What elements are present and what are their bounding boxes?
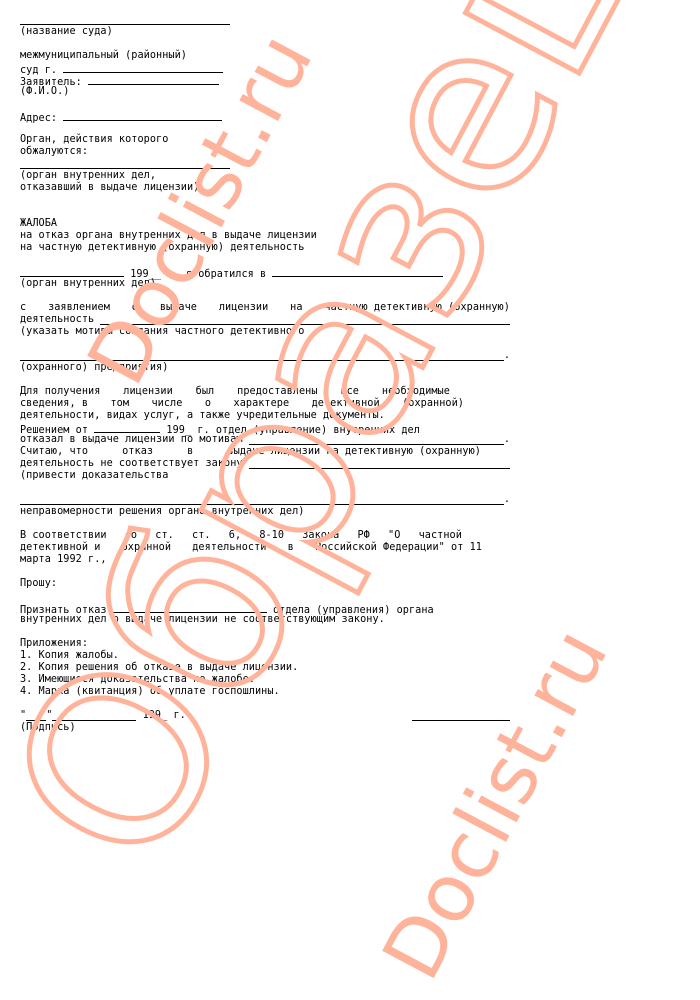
request-line-2: внутренних дел о выдаче лицензии не соот…	[20, 614, 510, 626]
respondent-label-2: обжалуются:	[20, 146, 510, 158]
law-ref-line-2: детективной иохраннойдеятельностивРоссий…	[20, 542, 482, 554]
evidence-caption: (привести доказательства	[20, 470, 510, 482]
address-field[interactable]	[63, 110, 222, 121]
court-city-field[interactable]	[63, 62, 223, 73]
info-line-3: деятельности, видах услуг, а также учред…	[20, 410, 510, 422]
application-line: сзаявлениемовыдачелицензииначастную дете…	[20, 302, 510, 314]
evidence-field-2[interactable]	[20, 494, 504, 505]
document-subtitle-2: на частную детективную (охранную) деятел…	[20, 242, 510, 254]
applicant-caption: (Ф.И.О.)	[20, 86, 510, 98]
address-label: Адрес:	[20, 113, 57, 124]
attachments-label: Приложения:	[20, 638, 510, 650]
attachment-item: 1. Копия жалобы.	[20, 650, 510, 662]
motives-field[interactable]	[100, 314, 510, 325]
info-line-2: сведения, втомчислеохарактередетективной…	[20, 398, 464, 410]
law-ref-line-3: марта 1992 г.,	[20, 554, 510, 566]
attachment-item: 3. Имеющиеся доказательства по жалобе.	[20, 674, 510, 686]
applied-caption: (орган внутренних дел)	[20, 278, 510, 290]
attachment-item: 4. Марка (квитанция) об уплате госпошлин…	[20, 686, 510, 698]
signature-day-field[interactable]	[26, 710, 46, 721]
opinion-line: Считаю, чтоотказввыдаче лицензии на дете…	[20, 446, 481, 458]
signature-field[interactable]	[412, 710, 510, 721]
applied-date-field[interactable]	[20, 266, 124, 277]
court-name-caption: (название суда)	[20, 26, 510, 38]
request-label: Прошу:	[20, 578, 510, 590]
motives-caption-end: (охранного) предприятия)	[20, 362, 510, 374]
request-organ-field[interactable]	[113, 602, 267, 613]
respondent-field[interactable]	[20, 158, 230, 169]
evidence-field[interactable]	[249, 458, 510, 469]
refusal-motives-field[interactable]	[249, 434, 504, 445]
signature-year: 199_ г.	[143, 710, 186, 722]
respondent-label-1: Орган, действия которого	[20, 134, 510, 146]
respondent-caption-1: (орган внутренних дел,	[20, 170, 510, 182]
complaint-document: (название суда) межмуниципальный (районн…	[20, 14, 510, 734]
document-subtitle-1: на отказ органа внутренних дел в выдаче …	[20, 230, 510, 242]
motives-caption: (указать мотивы создания частного детект…	[20, 326, 510, 338]
applicant-field[interactable]	[88, 74, 219, 85]
signature-caption: (Подпись)	[20, 722, 510, 734]
attachment-item: 2. Копия решения об отказе в выдаче лице…	[20, 662, 510, 674]
law-ref-line-1: В соответствиисост.ст.6,8-10ЗаконаРФ"Оча…	[20, 530, 462, 542]
court-type: межмуниципальный (районный)	[20, 50, 510, 62]
evidence-caption-end: неправомерности решения органа внутренни…	[20, 506, 510, 518]
refusal-text: отказал в выдаче лицензии по мотивам	[20, 434, 243, 446]
signature-month-field[interactable]	[52, 710, 136, 721]
law-text: деятельность не соответствует закону	[20, 458, 243, 470]
info-line-1: Для получениялицензиибылпредоставленывсе…	[20, 386, 450, 398]
document-heading: ЖАЛОБА	[20, 218, 510, 230]
decision-date-field[interactable]	[94, 422, 160, 433]
activity-label: деятельность	[20, 314, 94, 326]
applied-organ-field[interactable]	[272, 266, 443, 277]
respondent-caption-2: отказавший в выдаче лицензии)	[20, 182, 510, 194]
motives-field-2[interactable]	[20, 350, 504, 361]
court-name-field[interactable]	[20, 14, 230, 25]
